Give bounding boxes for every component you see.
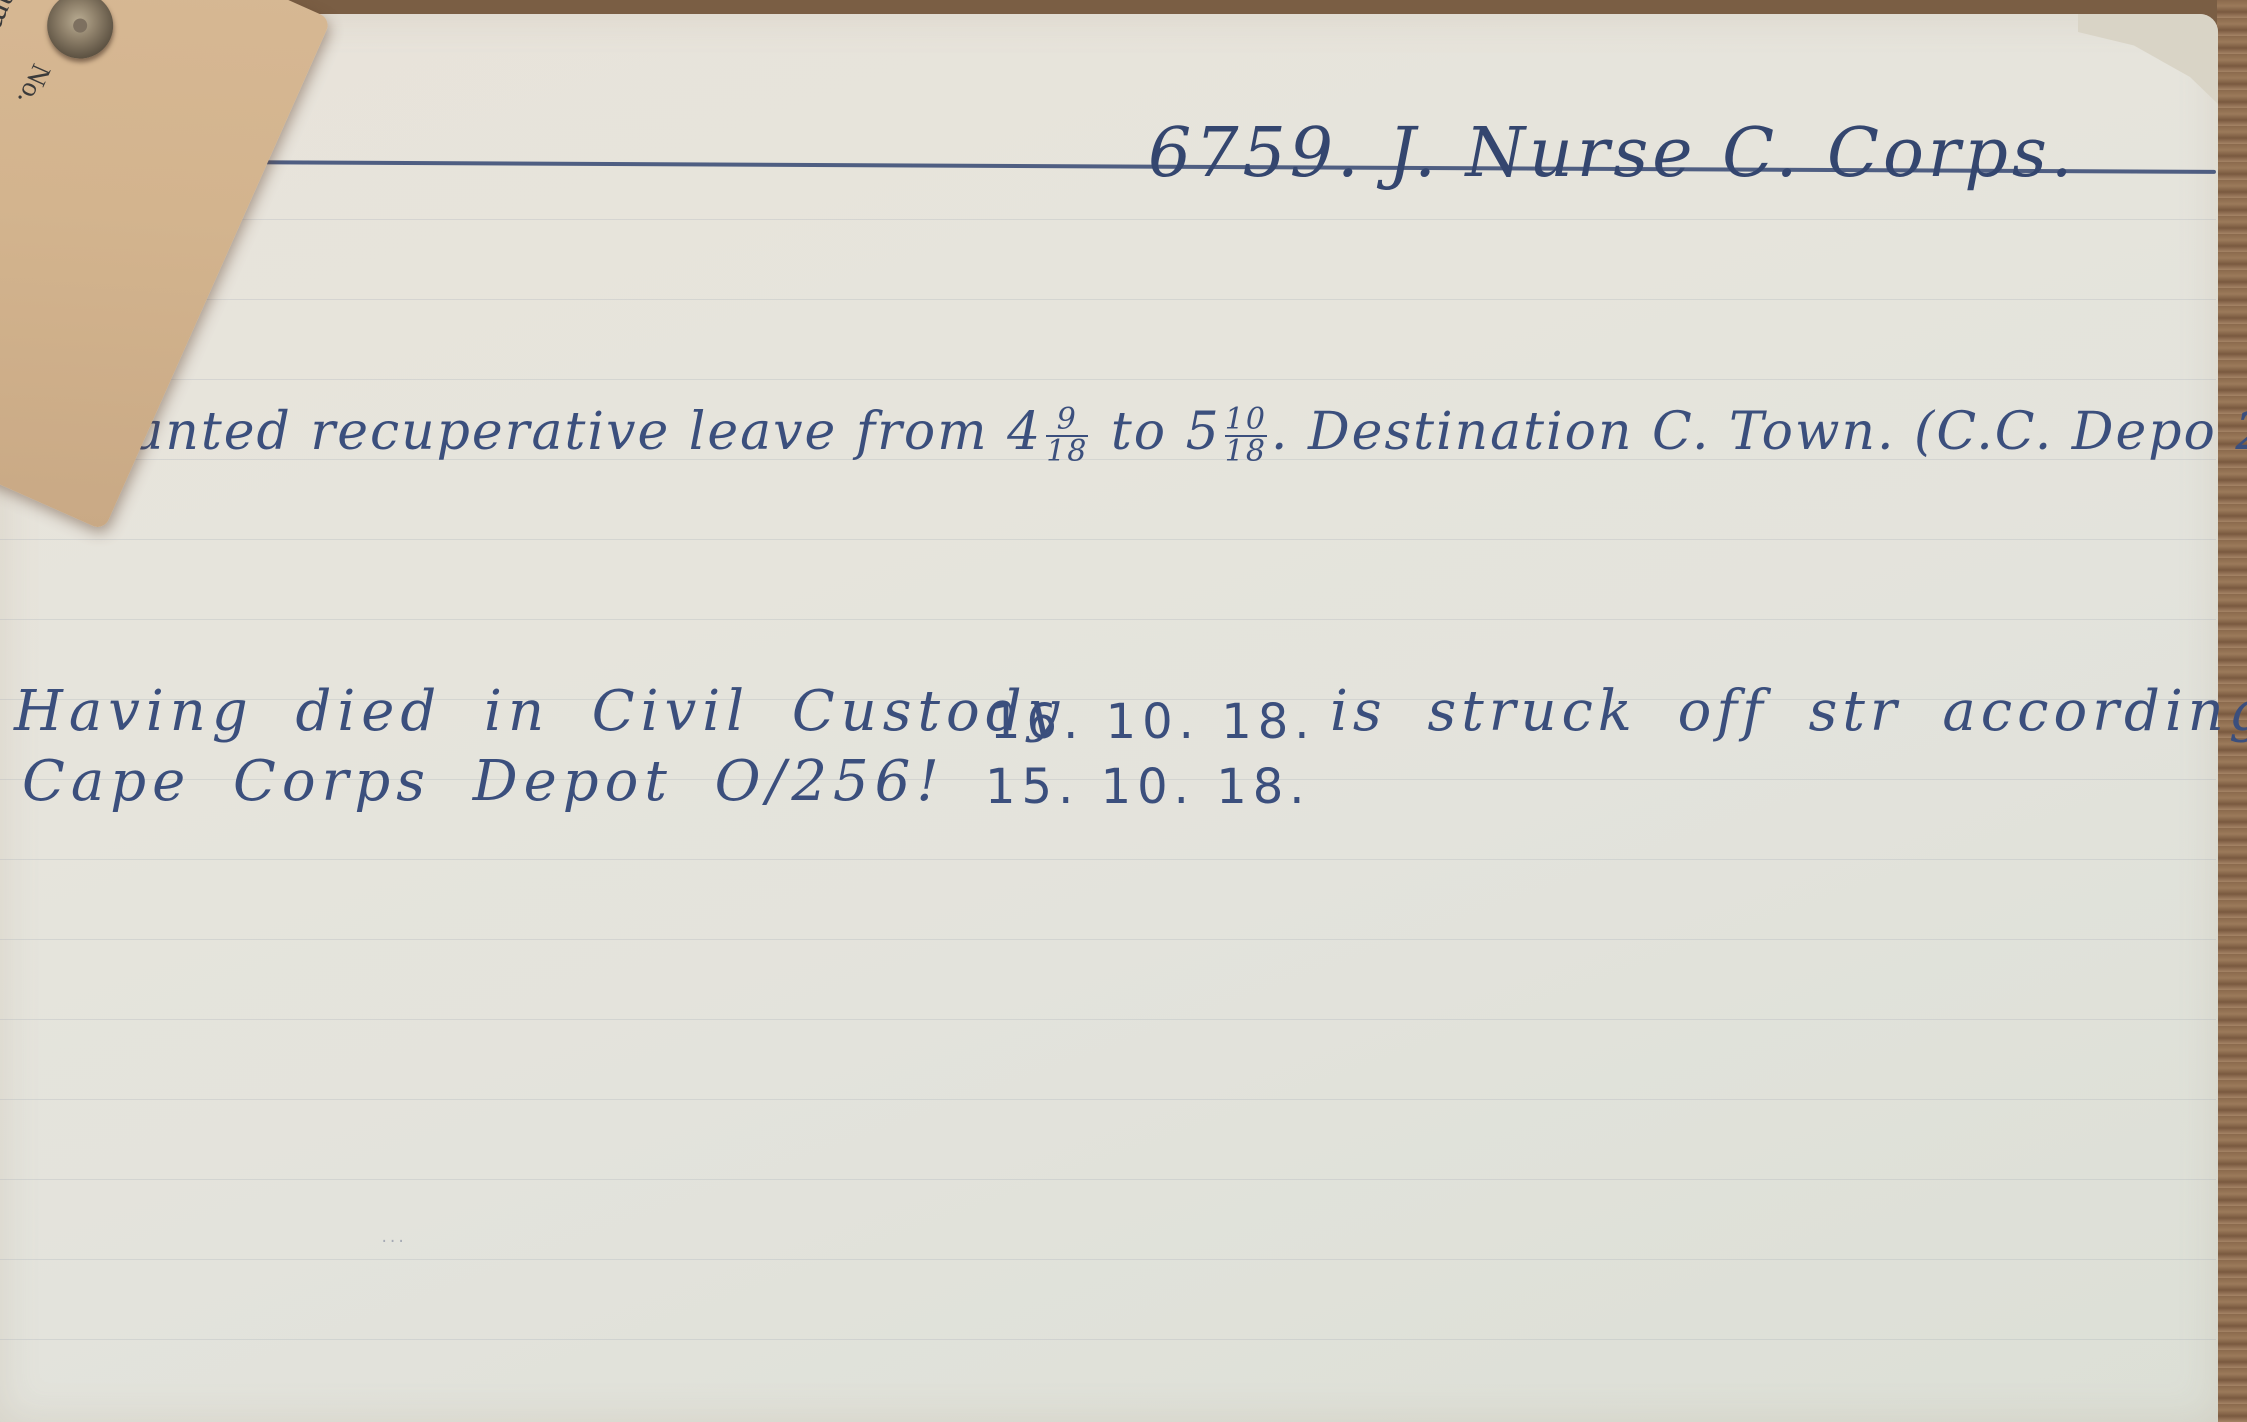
reference: (C.C. Depo 217. 3 (1914, 402, 2247, 462)
ruled-line (0, 1099, 2216, 1100)
ruled-line (0, 539, 2216, 540)
depot-text: Cape Corps Depot O/256! (22, 749, 945, 814)
metal-eyelet-icon (37, 0, 124, 69)
card-corner-underlayer (2078, 14, 2218, 104)
death-suffix: is struck off str accordingly (1330, 679, 2247, 744)
leave-from-month: 918 (1046, 405, 1088, 467)
entry-death-line1: Having died in Civil Custody (14, 679, 1065, 744)
ruled-line (0, 1019, 2216, 1020)
eyelet-hole (71, 16, 89, 34)
ruled-line (0, 1339, 2216, 1340)
entry-leave: Granted recuperative leave from 4918 to … (62, 402, 2247, 467)
death-text: Having died in Civil Custody (14, 679, 1065, 744)
ruled-line (0, 859, 2216, 860)
unit: C. Corps. (1722, 114, 2076, 193)
leave-to-day: 5 (1186, 402, 1221, 462)
tag-name-label: Name (0, 0, 38, 50)
initial: J. (1388, 114, 1440, 193)
ruled-line (0, 939, 2216, 940)
destination-label: . Destination (1271, 402, 1634, 462)
depot-date: 15. 10. 18. (985, 759, 1311, 815)
ruled-line (0, 219, 2216, 220)
entry-leave-text: Granted recuperative leave from (62, 402, 989, 462)
leave-from-day: 4 (1007, 402, 1042, 462)
ruled-line (0, 299, 2216, 300)
ruled-line (0, 379, 2216, 380)
index-card: 6759. J. Nurse C. Corps. Granted recuper… (0, 14, 2218, 1422)
leave-to-month: 1018 (1225, 405, 1267, 467)
tag-number-label: No. (10, 59, 56, 110)
leave-to-word: to (1111, 402, 1167, 462)
entry-death-line2: Cape Corps Depot O/256! (22, 749, 945, 814)
destination: C. Town. (1652, 402, 1895, 462)
ruled-line (0, 1179, 2216, 1180)
ruled-line (0, 1259, 2216, 1260)
death-date: 16. 10. 18. (990, 694, 1316, 750)
faint-stamp-mark: ··· (380, 1234, 405, 1250)
ruled-line (0, 619, 2216, 620)
card-header: 6759. J. Nurse C. Corps. (1148, 114, 2076, 193)
surname: Nurse (1466, 114, 1697, 193)
service-number: 6759. (1148, 114, 1363, 193)
